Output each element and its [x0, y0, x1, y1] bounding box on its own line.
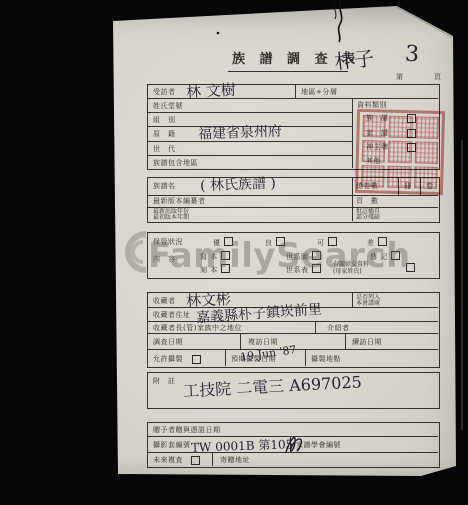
page-word-ye: 頁	[434, 73, 442, 81]
handwritten-place: 朴子	[333, 42, 376, 75]
grid-line	[240, 333, 241, 349]
page-word-di: 第	[396, 73, 404, 81]
content-women-line2: (母家姓氏)	[333, 268, 362, 275]
surname-hall-label: 姓氏堂號	[153, 102, 183, 110]
grid-line	[147, 333, 438, 334]
handwritten-page-number: 3	[404, 42, 420, 68]
condition-poor: 差	[367, 237, 387, 247]
content-manuscript-label: 寫 本	[200, 253, 218, 261]
region-label: 地區+分層	[301, 88, 337, 96]
followup-date-label: 續訪日期	[352, 338, 382, 346]
grid-line	[352, 292, 353, 307]
future-check-label: 未來複查	[153, 456, 183, 464]
content-printed-checkbox	[221, 264, 230, 273]
seal-glyph-block	[415, 116, 439, 139]
film-permit-label: 允許攝製	[153, 355, 183, 363]
introducer-label: 介紹者	[327, 324, 350, 332]
genealogy-name-handwritten: ( 林氏族譜 )	[200, 173, 276, 196]
holder-address-label: 收藏者住址	[153, 311, 191, 319]
generations-label: 世 代	[153, 145, 176, 153]
genealogy-name-label: 族譜名	[153, 182, 176, 190]
content-lineage-table: 世系表	[286, 264, 321, 274]
grid-line	[147, 321, 438, 322]
condition-good-label: 良	[265, 239, 273, 247]
condition-good: 良	[265, 237, 285, 247]
content-lineage-chart-label: 世系圖	[286, 253, 309, 261]
seal-glyph-block	[361, 165, 385, 188]
grid-line	[345, 333, 346, 349]
content-lineage-chart: 世系圖	[286, 251, 321, 261]
content-manuscript: 寫 本	[200, 251, 230, 261]
revisit-date-label: 複訪日期	[248, 338, 278, 346]
holder-label: 收藏者	[153, 297, 176, 305]
content-lineage-table-checkbox	[312, 264, 321, 273]
filmset-label: 攝影套編號	[153, 441, 191, 449]
filmset-value-handwritten: TW 0001B 第105	[191, 435, 294, 456]
grid-line	[305, 349, 306, 366]
grid-line	[352, 177, 353, 221]
year-label-line2: 最初版本年期	[153, 214, 189, 221]
pages-label: 頁 數	[356, 197, 379, 205]
condition-poor-label: 差	[367, 239, 375, 247]
grid-line	[352, 98, 353, 168]
condition-excellent: 優	[213, 237, 233, 247]
grid-line	[147, 155, 352, 156]
origin-value-handwritten: 福建省泉州府	[198, 121, 283, 144]
condition-excellent-label: 優	[213, 239, 221, 247]
seal-glyph-block	[362, 115, 386, 138]
red-archive-seal-stamp	[355, 109, 445, 195]
editor-label: 最新版本編纂者	[153, 197, 206, 205]
grid-line	[315, 321, 316, 333]
seal-glyph-block	[414, 166, 438, 189]
origin-label: 原 籍	[153, 130, 176, 138]
condition-excellent-checkbox	[224, 237, 233, 246]
film-permit-checkbox	[192, 355, 201, 364]
condition-fair: 可	[317, 237, 337, 247]
condition-good-checkbox	[276, 237, 285, 246]
condition-fair-checkbox	[328, 237, 337, 246]
content-printed: 刻 本	[200, 264, 230, 274]
survey-date-label: 調查日期	[153, 338, 183, 346]
grid-line	[225, 349, 226, 366]
grid-line	[147, 207, 438, 208]
respondent-value-handwritten: 林 文樹	[185, 79, 236, 103]
seal-glyph-block	[362, 140, 386, 163]
respondent-label: 受訪者	[153, 88, 176, 96]
group-label: 組 別	[153, 116, 176, 124]
condition-fair-label: 可	[317, 239, 325, 247]
mailing-address-label: 寄贈地址	[220, 456, 250, 464]
seal-glyph-block	[414, 141, 438, 164]
seal-glyph-block	[387, 166, 411, 189]
future-check-checkbox	[191, 456, 200, 465]
content-women-line1: 有關婦女資料	[333, 261, 369, 268]
grid-line	[147, 195, 438, 196]
content-printed-label: 刻 本	[200, 266, 218, 274]
film-place-label: 攝製地點	[311, 355, 341, 363]
scanned-document-page: 族 譜 調 查 表 朴子 3 第 頁 受訪者 林 文樹 地區+分層 姓氏堂號 資…	[0, 0, 468, 505]
binding-note-line2: 部分殘缺	[356, 214, 380, 221]
donation-date-label: 贈予者贈與憑證日期	[153, 426, 221, 434]
listed-label-line2: 本會譜庫	[356, 300, 380, 307]
content-manuscript-checkbox	[221, 251, 230, 260]
note-label: 附 註	[153, 377, 176, 385]
coverage-label: 族譜包含地區	[153, 159, 198, 167]
condition-label: 保管狀況	[153, 238, 183, 246]
content-biography-checkbox	[391, 251, 400, 260]
seal-glyph-block	[389, 116, 413, 139]
content-lineage-table-label: 世系表	[286, 266, 309, 274]
content-lineage-chart-checkbox	[312, 251, 321, 260]
society-number-label: 家譜學會編號	[296, 441, 341, 449]
content-label: 內 容	[153, 255, 176, 263]
condition-poor-checkbox	[378, 237, 387, 246]
content-biography-label: 傳 記	[370, 253, 388, 261]
grid-line	[147, 112, 352, 113]
title-underline	[228, 71, 348, 72]
content-biography: 傳 記	[370, 251, 400, 261]
scan-edge-artifact	[461, 140, 463, 430]
seal-glyph-block	[388, 141, 412, 164]
category-label: 資料類別	[357, 101, 387, 109]
grid-line	[295, 84, 296, 98]
content-women-checkbox	[406, 263, 415, 272]
